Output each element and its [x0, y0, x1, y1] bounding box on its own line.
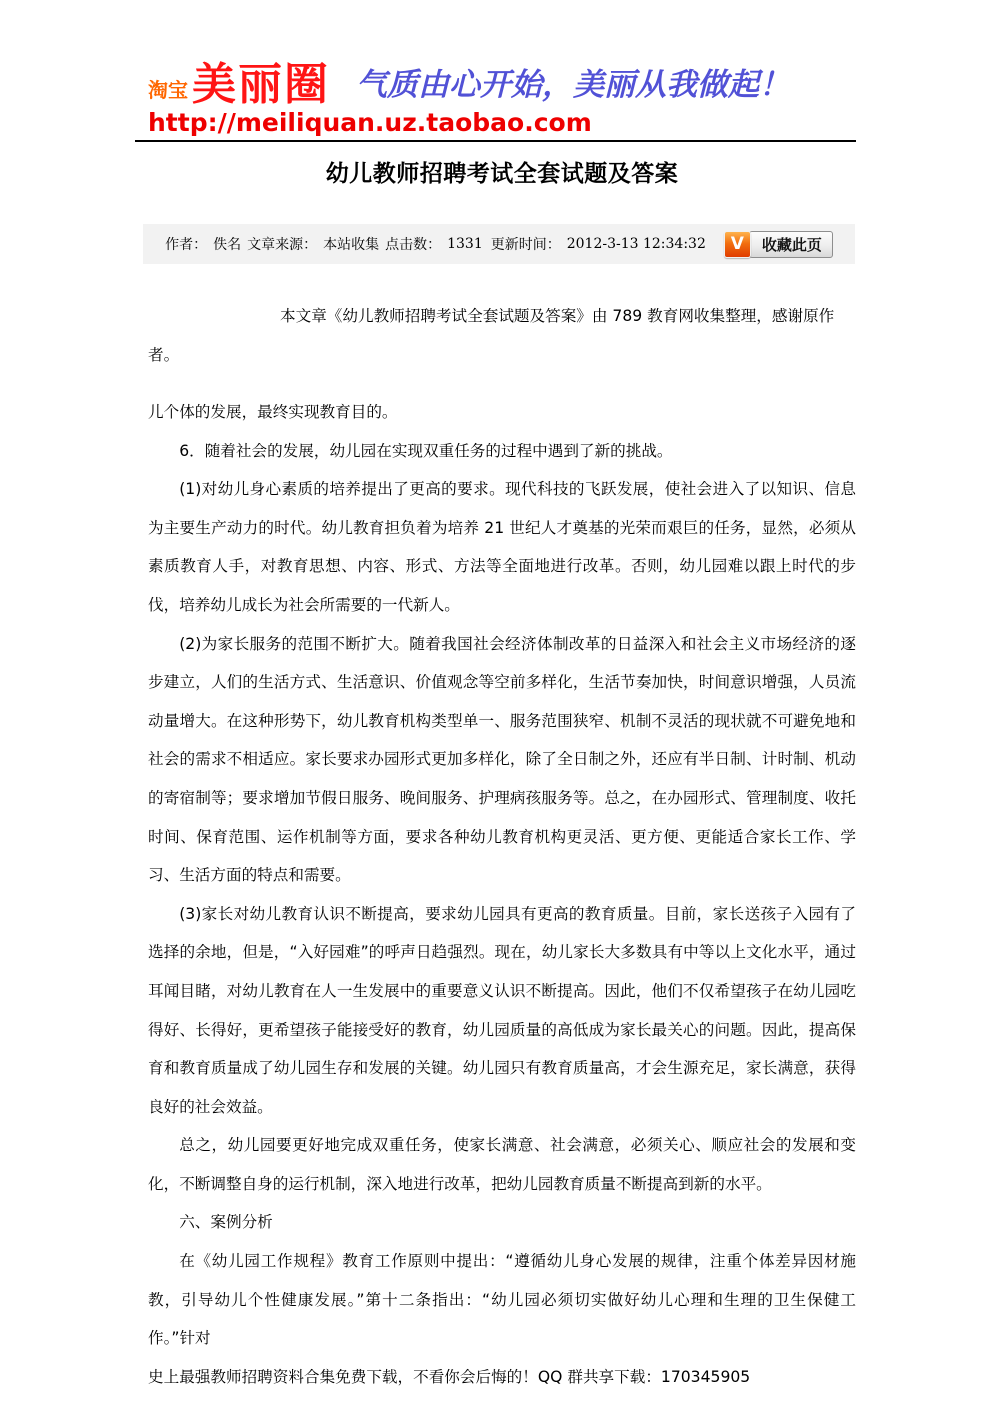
- brand-slogan: 气质由心开始，美丽从我做起！: [356, 70, 790, 101]
- body-paragraph: 在《幼儿园工作规程》教育工作原则中提出：“遵循幼儿身心发展的规律，注重个体差异因…: [148, 1242, 856, 1358]
- taobao-label: 淘宝: [148, 74, 188, 103]
- page: 淘宝 美丽圈 气质由心开始，美丽从我做起！ http://meiliquan.u…: [0, 0, 993, 1404]
- hits-count: 1331: [447, 236, 483, 252]
- updated-label: 更新时间：: [491, 234, 561, 254]
- bookmark-page-button[interactable]: 收藏此页: [749, 231, 833, 258]
- body-paragraph: 6．随着社会的发展，幼儿园在实现双重任务的过程中遇到了新的挑战。: [148, 432, 856, 471]
- article-intro: 本文章《幼儿教师招聘考试全套试题及答案》由 789 教育网收集整理，感谢原作者。: [148, 297, 856, 375]
- author-label: 作者：: [165, 234, 207, 254]
- body-paragraph: 六、案例分析: [148, 1203, 856, 1242]
- content-area: 淘宝 美丽圈 气质由心开始，美丽从我做起！ http://meiliquan.u…: [148, 0, 856, 1396]
- author-value: 佚名: [213, 234, 241, 254]
- body-paragraph: 儿个体的发展，最终实现教育目的。: [148, 393, 856, 432]
- vdisk-bookmark-icon: V: [724, 231, 751, 258]
- bookmark-widget[interactable]: V 收藏此页: [724, 231, 833, 258]
- body-paragraph: 史上最强教师招聘资料合集免费下载，不看你会后悔的！QQ 群共享下载：170345…: [148, 1358, 856, 1397]
- logo-row: 淘宝 美丽圈 气质由心开始，美丽从我做起！: [148, 62, 856, 108]
- body-paragraph: (1)对幼儿身心素质的培养提出了更高的要求。现代科技的飞跃发展，使社会进入了以知…: [148, 470, 856, 624]
- body-paragraph: (2)为家长服务的范围不断扩大。随着我国社会经济体制改革的日益深入和社会主义市场…: [148, 625, 856, 895]
- hits-label: 点击数：: [385, 234, 441, 254]
- header-divider: [135, 140, 856, 142]
- article-body: 儿个体的发展，最终实现教育目的。6．随着社会的发展，幼儿园在实现双重任务的过程中…: [148, 393, 856, 1396]
- body-paragraph: 总之，幼儿园要更好地完成双重任务，使家长满意、社会满意，必须关心、顺应社会的发展…: [148, 1126, 856, 1203]
- brand-logo: 美丽圈: [192, 63, 330, 107]
- page-title: 幼儿教师招聘考试全套试题及答案: [148, 155, 856, 188]
- body-paragraph: (3)家长对幼儿教育认识不断提高，要求幼儿园具有更高的教育质量。目前，家长送孩子…: [148, 895, 856, 1127]
- updated-datetime: 2012-3-13 12:34:32: [567, 236, 706, 252]
- source-label: 文章来源：: [247, 234, 317, 254]
- shop-banner: 淘宝 美丽圈 气质由心开始，美丽从我做起！ http://meiliquan.u…: [148, 62, 856, 142]
- shop-url-link[interactable]: http://meiliquan.uz.taobao.com: [148, 110, 592, 135]
- source-value: 本站收集: [323, 234, 379, 254]
- article-meta-bar: 作者： 佚名 文章来源： 本站收集 点击数： 1331 更新时间： 2012-3…: [143, 224, 855, 264]
